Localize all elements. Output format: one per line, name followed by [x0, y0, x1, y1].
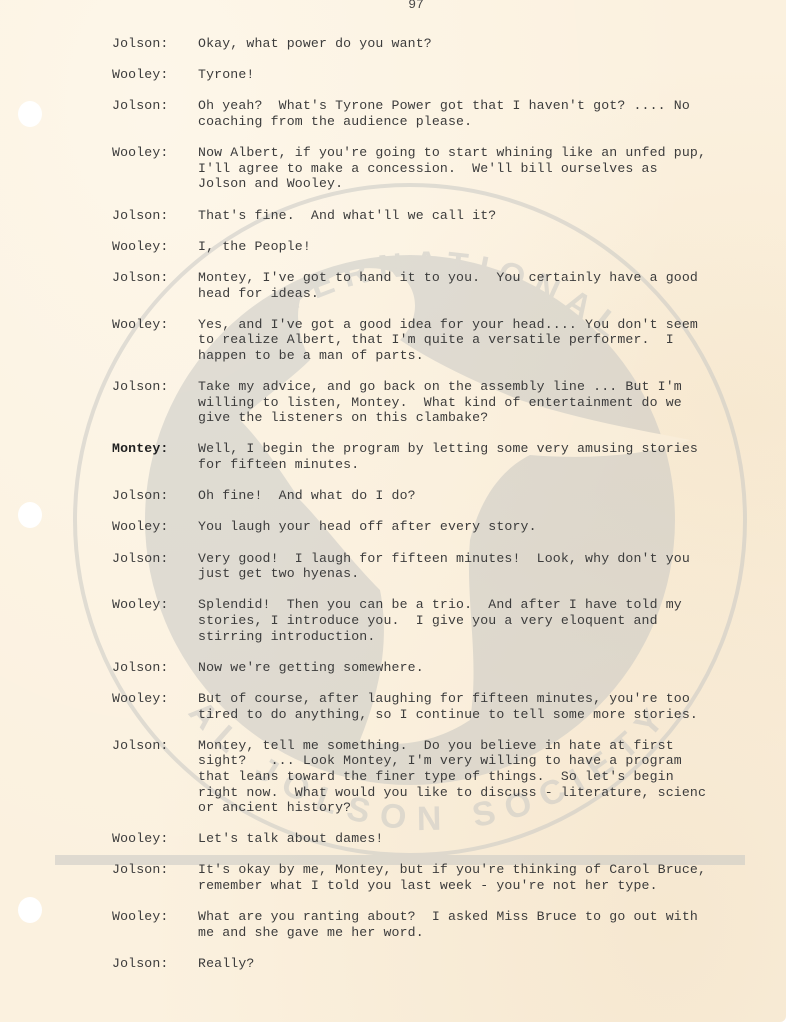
- dialogue-text: Now we're getting somewhere.: [198, 660, 786, 676]
- dialogue-line: Wooley:You laugh your head off after eve…: [112, 519, 786, 535]
- dialogue-text: Now Albert, if you're going to start whi…: [198, 145, 786, 192]
- speaker-name: Jolson:: [112, 551, 198, 567]
- dialogue-line: Wooley:I, the People!: [112, 239, 786, 255]
- speaker-name: Wooley:: [112, 909, 198, 925]
- dialogue-text: What are you ranting about? I asked Miss…: [198, 909, 786, 940]
- dialogue-line: Jolson:Oh yeah? What's Tyrone Power got …: [112, 98, 786, 129]
- dialogue-text: But of course, after laughing for fiftee…: [198, 691, 786, 722]
- speaker-name: Jolson:: [112, 956, 198, 972]
- speaker-name: Jolson:: [112, 208, 198, 224]
- dialogue-text: It's okay by me, Montey, but if you're t…: [198, 862, 786, 893]
- speaker-name: Wooley:: [112, 831, 198, 847]
- speaker-name: Montey:: [112, 441, 198, 457]
- speaker-name: Wooley:: [112, 317, 198, 333]
- document-page: INTERNATIONAL AL JOLSON SOCIETY 97 Jolso…: [0, 0, 786, 1022]
- dialogue-line: Wooley:Let's talk about dames!: [112, 831, 786, 847]
- binder-hole: [18, 897, 42, 923]
- dialogue-line: Jolson:Now we're getting somewhere.: [112, 660, 786, 676]
- dialogue-text: Tyrone!: [198, 67, 786, 83]
- dialogue-text: Splendid! Then you can be a trio. And af…: [198, 597, 786, 644]
- speaker-name: Wooley:: [112, 239, 198, 255]
- dialogue-text: Okay, what power do you want?: [198, 36, 786, 52]
- speaker-name: Jolson:: [112, 36, 198, 52]
- dialogue-text: Montey, tell me something. Do you believ…: [198, 738, 786, 816]
- dialogue-text: Very good! I laugh for fifteen minutes! …: [198, 551, 786, 582]
- speaker-name: Wooley:: [112, 145, 198, 161]
- dialogue-text: Oh yeah? What's Tyrone Power got that I …: [198, 98, 786, 129]
- speaker-name: Wooley:: [112, 67, 198, 83]
- dialogue-line: Montey:Well, I begin the program by lett…: [112, 441, 786, 472]
- speaker-name: Jolson:: [112, 488, 198, 504]
- dialogue-text: That's fine. And what'll we call it?: [198, 208, 786, 224]
- dialogue-line: Jolson:Montey, I've got to hand it to yo…: [112, 270, 786, 301]
- dialogue-line: Wooley:Now Albert, if you're going to st…: [112, 145, 786, 192]
- dialogue-line: Wooley:But of course, after laughing for…: [112, 691, 786, 722]
- dialogue-line: Jolson:Okay, what power do you want?: [112, 36, 786, 52]
- dialogue-text: Well, I begin the program by letting som…: [198, 441, 786, 472]
- speaker-name: Jolson:: [112, 862, 198, 878]
- dialogue-text: I, the People!: [198, 239, 786, 255]
- dialogue-line: Jolson:Very good! I laugh for fifteen mi…: [112, 551, 786, 582]
- dialogue-line: Jolson:Oh fine! And what do I do?: [112, 488, 786, 504]
- dialogue-line: Wooley:Yes, and I've got a good idea for…: [112, 317, 786, 364]
- speaker-name: Wooley:: [112, 597, 198, 613]
- dialogue-text: Let's talk about dames!: [198, 831, 786, 847]
- dialogue-text: Oh fine! And what do I do?: [198, 488, 786, 504]
- dialogue-line: Jolson:That's fine. And what'll we call …: [112, 208, 786, 224]
- dialogue-text: Montey, I've got to hand it to you. You …: [198, 270, 786, 301]
- page-number: 97: [0, 0, 786, 12]
- dialogue-line: Jolson:It's okay by me, Montey, but if y…: [112, 862, 786, 893]
- dialogue-text: Take my advice, and go back on the assem…: [198, 379, 786, 426]
- speaker-name: Jolson:: [112, 379, 198, 395]
- speaker-name: Jolson:: [112, 660, 198, 676]
- dialogue-line: Wooley:What are you ranting about? I ask…: [112, 909, 786, 940]
- speaker-name: Jolson:: [112, 98, 198, 114]
- dialogue-line: Jolson:Really?: [112, 956, 786, 972]
- binder-hole: [18, 502, 42, 528]
- script-dialogue: Jolson:Okay, what power do you want?Wool…: [112, 36, 786, 987]
- binder-hole: [18, 101, 42, 127]
- dialogue-line: Wooley:Splendid! Then you can be a trio.…: [112, 597, 786, 644]
- speaker-name: Wooley:: [112, 519, 198, 535]
- dialogue-line: Wooley:Tyrone!: [112, 67, 786, 83]
- dialogue-line: Jolson:Montey, tell me something. Do you…: [112, 738, 786, 816]
- speaker-name: Jolson:: [112, 738, 198, 754]
- dialogue-text: Really?: [198, 956, 786, 972]
- dialogue-line: Jolson:Take my advice, and go back on th…: [112, 379, 786, 426]
- dialogue-text: Yes, and I've got a good idea for your h…: [198, 317, 786, 364]
- speaker-name: Wooley:: [112, 691, 198, 707]
- speaker-name: Jolson:: [112, 270, 198, 286]
- dialogue-text: You laugh your head off after every stor…: [198, 519, 786, 535]
